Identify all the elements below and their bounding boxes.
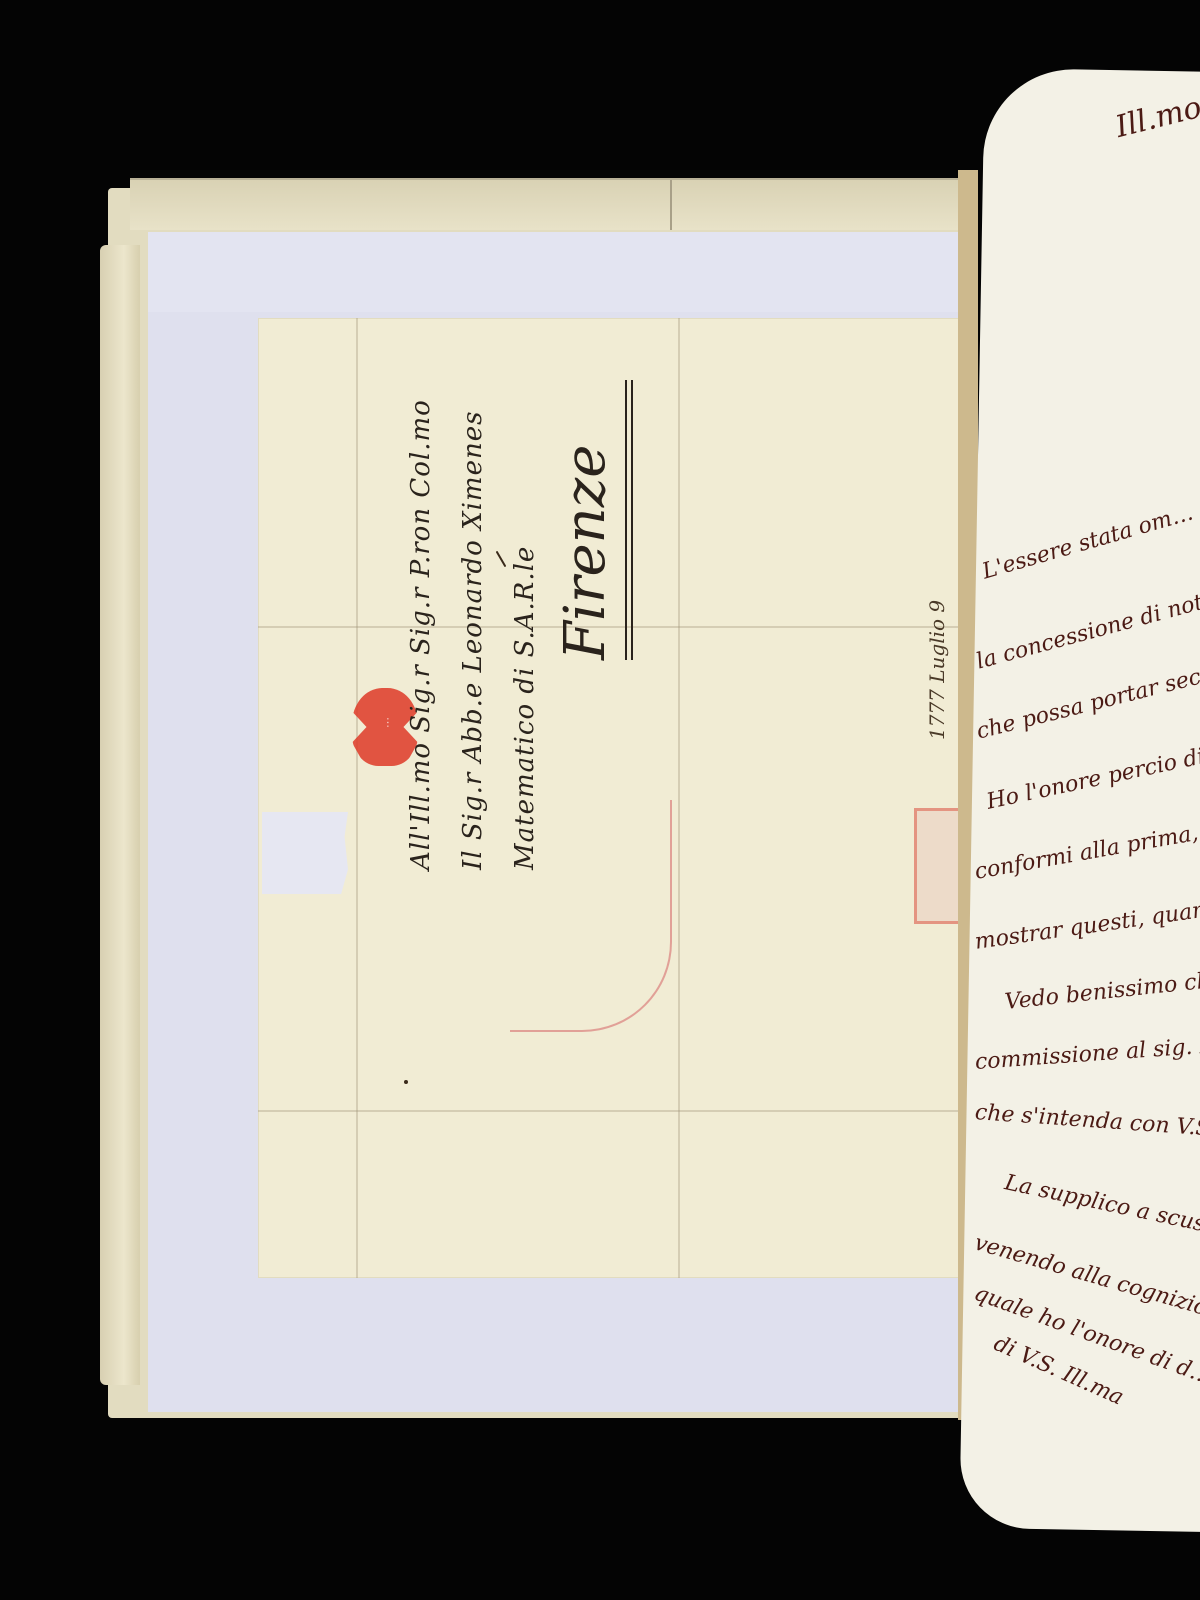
address-line-1: All'Ill.mo Sig.r Sig.r P.ron Col.mo (395, 380, 447, 870)
top-page-edge (130, 178, 970, 230)
mount-top-strip (148, 232, 968, 312)
underline-rule (631, 380, 633, 660)
underline-rule (625, 380, 627, 660)
fold-line (258, 1110, 970, 1112)
archival-date-note: 1777 Luglio 9 (925, 600, 949, 740)
address-city: Firenze (551, 380, 621, 660)
address-line-3: Matematico di S.A.R.le (499, 380, 551, 870)
stamp-text: … (379, 690, 392, 756)
fold-line (678, 318, 680, 1278)
ink-spot (404, 1080, 408, 1084)
address-line-2: Il Sig.r Abb.e Leonardo Ximenes (447, 380, 499, 870)
torn-seal-hole (262, 812, 348, 894)
fold-line (670, 180, 672, 230)
page-stack-edge (100, 245, 140, 1385)
address-block: All'Ill.mo Sig.r Sig.r P.ron Col.mo Il S… (395, 380, 633, 870)
fold-line (356, 318, 358, 1278)
